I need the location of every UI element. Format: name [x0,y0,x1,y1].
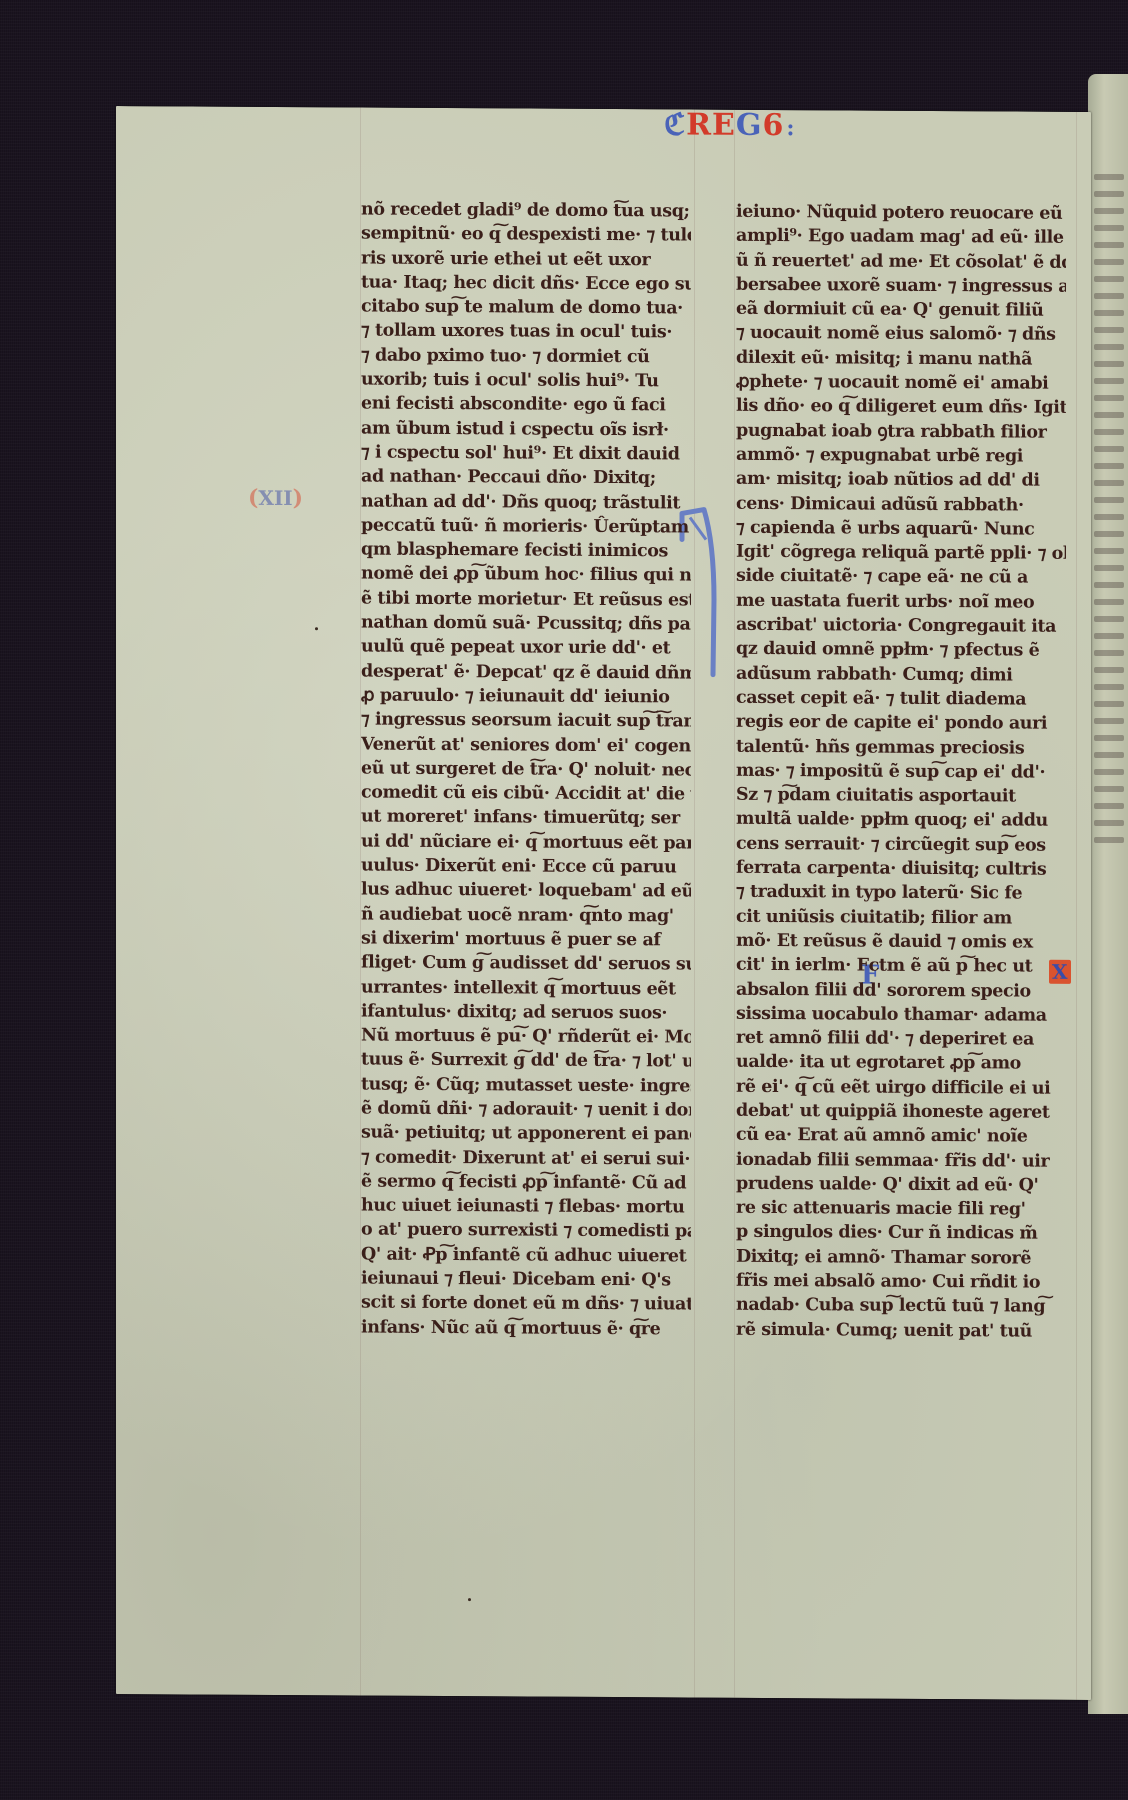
ghost-text-line [1094,735,1124,741]
text-line: lus adhuc uiueret· loquebam' ad eũ· ⁊ [361,878,691,904]
ghost-text-line [1094,582,1124,588]
text-line: ñ audiebat uocẽ nram· q͠nto mag' [361,902,691,928]
text-line: qm blasphemare fecisti inimicos [361,538,691,564]
adjacent-leaf-edge [1088,74,1128,1714]
ghost-text-line [1094,633,1124,639]
text-line: ret amnõ filii dd'· ⁊ deperiret ea [736,1026,1066,1052]
text-line: ⁊ dabo pximo tuo· ⁊ dormiet cũ [361,343,691,369]
text-line: ieiunaui ⁊ fleui· Dicebam eni· Q's [361,1267,691,1293]
text-line: ẽ domũ dñi· ⁊ adorauit· ⁊ uenit i dom [361,1096,691,1122]
ghost-text-line [1094,497,1124,503]
ghost-text-line [1094,769,1124,775]
ghost-text-line [1094,191,1124,197]
text-line: re sic attenuaris macie fili reg' [736,1196,1066,1222]
ghost-text-line [1094,514,1124,520]
ink-speck [468,1598,471,1601]
ghost-text-line [1094,225,1124,231]
text-line: qz dauid omnẽ ppłm· ⁊ pfectus ẽ [736,637,1066,663]
text-line: Sz ⁊ p͠dam ciuitatis asportauit [736,783,1066,809]
chapter-marker-xii: ( XII ) [248,485,303,511]
text-line: bersabee uxorẽ suam· ⁊ ingressus ad [736,273,1066,299]
ghost-text-line [1094,548,1124,554]
text-line: ⁊ i cspectu sol' hui⁹· Et dixit dauid [361,440,691,466]
text-column-left: nõ recedet gladi⁹ de domo t͠ua usq; inse… [361,197,691,1341]
text-line: talentũ· hñs gemmas preciosis [736,734,1066,760]
text-line: am· misitq; ioab nũtios ad dd' di [736,467,1066,493]
text-line: ualde· ita ut egrotaret ꝓp͠ amo [736,1050,1066,1076]
text-line: comedit cũ eis cibũ· Accidit at' die vij… [361,781,691,807]
ghost-text-line [1094,837,1124,843]
text-line: nõ recedet gladi⁹ de domo t͠ua usq; in [361,197,691,223]
ghost-text-line [1094,718,1124,724]
text-line: ⁊ ingressus seorsum iacuit sup͠ t͠ram [361,708,691,734]
text-line: dilexit eũ· misitq; i manu nathã [736,346,1066,372]
ruling-line [1076,112,1077,1700]
text-line: Venerũt at' seniores dom' ei' cogentes [361,732,691,758]
text-line: ui dd' nũciare ei· q͠ mortuus eẽt par [361,829,691,855]
running-header: ℭ RE G 6 : [664,107,796,143]
header-part: ℭ [664,107,686,142]
ghost-text-line [1094,446,1124,452]
text-line: uxorib; tuis i ocul' solis hui⁹· Tu [361,368,691,394]
text-line: uulus· Dixerũt eni· Ecce cũ paruu [361,854,691,880]
ghost-text-line [1094,565,1124,571]
text-line: ẽ tibi morte morietur· Et reũsus est [361,586,691,612]
text-line: ꝓphete· ⁊ uocauit nomẽ ei' amabi [736,370,1066,396]
text-line: uulũ quẽ pepeat uxor urie dd'· et [361,635,691,661]
ghost-text-line [1094,276,1124,282]
text-line: tusq; ẽ· Cũq; mutasset ueste· ingressus [361,1072,691,1098]
text-line: cit uniũsis ciuitatib; filior am [736,904,1066,930]
text-line: ẽ sermo q͠ fecisti ꝓp͠ infantẽ· Cũ ad [361,1169,691,1195]
text-line: ⁊ traduxit in typo laterũ· Sic fe [736,880,1066,906]
text-line: sissima uocabulo thamar· adama [736,1002,1066,1028]
text-line: ꝓ paruulo· ⁊ ieiunauit dd' ieiunio [361,683,691,709]
text-line: cens serrauit· ⁊ circũegit sup͠ eos [736,832,1066,858]
rubric-bracket: ( [248,485,258,511]
ghost-text-line [1094,429,1124,435]
header-part: 6 [763,108,785,143]
text-line: ascribat' uictoria· Congregauit ita [736,613,1066,639]
ghost-text-line [1094,803,1124,809]
text-line: ionadab filii semmaa· fr̃is dd'· uir [736,1147,1066,1173]
ruling-line [734,110,735,1698]
text-line: debat' ut quippiã ihoneste ageret [736,1099,1066,1125]
text-line: ampli⁹· Ego uadam mag' ad eũ· ille [736,224,1066,250]
ghost-text-line [1094,395,1124,401]
ink-speck [315,627,318,630]
text-line: rẽ simula· Cumq; uenit pat' tuũ [736,1317,1066,1343]
text-line: cens· Dimicaui adũsũ rabbath· [736,491,1066,517]
text-column-right: ieiuno· Nũquid potero reuocare eũampli⁹·… [736,200,1066,1344]
ghost-text-line [1094,208,1124,214]
text-line: eũ ut surgeret de t͠ra· Q' noluit· nec [361,756,691,782]
text-line: multã ualde· ppłm quoq; ei' addu [736,807,1066,833]
text-line: ⁊ uocauit nomẽ eius salomõ· ⁊ dñs [736,321,1066,347]
text-line: fliget· Cum g͠ audisset dd' seruos sus [361,951,691,977]
ghost-text-line [1094,293,1124,299]
text-line: tuus ẽ· Surrexit g͠ dd' de t͠ra· ⁊ lot' … [361,1048,691,1074]
text-line: sempitnũ· eo q͠ despexisti me· ⁊ tule [361,222,691,248]
ghost-text-line [1094,327,1124,333]
header-part: G [736,108,763,143]
ghost-text-line [1094,786,1124,792]
text-line: nomẽ dei ꝓp͠ ũbum hoc· filius qui nat' [361,562,691,588]
rubric-bracket: ) [293,485,303,511]
text-line: ris uxorẽ urie ethei ut eẽt uxor [361,246,691,272]
text-line: ammõ· ⁊ expugnabat urbẽ regi [736,443,1066,469]
ruling-line [694,110,695,1698]
text-line: mõ· Et reũsus ẽ dauid ⁊ omis ex [736,929,1066,955]
text-line: infans· Nũc aũ q͠ mortuus ẽ· q͠re [361,1315,691,1341]
text-line: nadab· Cuba sup͠ lectũ tuũ ⁊ lang͠ [736,1293,1066,1319]
ghost-text-line [1094,463,1124,469]
text-line: eã dormiuit cũ ea· Q' genuit filiũ [736,297,1066,323]
header-part: RE [686,107,736,142]
ghost-text-line [1094,650,1124,656]
ghost-text-line [1094,310,1124,316]
ghost-text-line [1094,701,1124,707]
text-line: ⁊ tollam uxores tuas in ocul' tuis· [361,319,691,345]
ghost-text-line [1094,174,1124,180]
text-line: ferrata carpenta· diuisitq; cultris [736,856,1066,882]
ghost-text-line [1094,361,1124,367]
text-line: pugnabat ioab ꝯtra rabbath filior [736,418,1066,444]
text-line: Nũ mortuus ẽ pu͠· Q' rñderũt ei· Mor [361,1024,691,1050]
ghost-text-line [1094,752,1124,758]
text-line: urrantes· intellexit q͠ mortuus eẽt [361,975,691,1001]
text-line: nathan ad dd'· Dñs quoq; trãstulit [361,489,691,515]
text-line: eni fecisti abscondite· ego ũ faci [361,392,691,418]
header-colon: : [786,115,795,141]
chapter-number: XII [258,486,292,510]
text-line: side ciuitatẽ· ⁊ cape eã· ne cũ a [736,564,1066,590]
ghost-text-line [1094,412,1124,418]
text-line: suã· petiuitq; ut apponerent ei panẽ [361,1121,691,1147]
text-line: cũ ea· Erat aũ amnõ amic' noĩe [736,1123,1066,1149]
ghost-text-line [1094,599,1124,605]
text-line: nathan domũ suã· Pcussitq; dñs par [361,611,691,637]
text-line: Dixitq; ei amnõ· Thamar sororẽ [736,1245,1066,1271]
text-line: huc uiuet ieiunasti ⁊ flebas· mortu [361,1194,691,1220]
text-line: ⁊ capienda ẽ urbs aquarũ· Nunc [736,516,1066,542]
ghost-text-line [1094,684,1124,690]
text-line: ad nathan· Peccaui dño· Dixitq; [361,465,691,491]
text-line: fr̃is mei absalõ amo· Cui rñdit io [736,1269,1066,1295]
ghost-text-line [1094,378,1124,384]
text-line: ieiuno· Nũquid potero reuocare eũ [736,200,1066,226]
text-line: regis eor de capite ei' pondo auri [736,710,1066,736]
text-line: si dixerim' mortuus ẽ puer se af [361,926,691,952]
text-line: ifantulus· dixitq; ad seruos suos· [361,999,691,1025]
text-line: p singulos dies· Cur ñ indicas m̃ [736,1220,1066,1246]
text-line: adũsum rabbath· Cumq; dimi [736,661,1066,687]
text-line: ũ ñ reuertet' ad me· Et cõsolat' ẽ dd' [736,248,1066,274]
ghost-text-line [1094,259,1124,265]
text-line: me uastata fuerit urbs· noĩ meo [736,589,1066,615]
text-line: scit si forte donet eũ m dñs· ⁊ uiuat [361,1291,691,1317]
ghost-text-line [1094,820,1124,826]
ghost-text-line [1094,531,1124,537]
text-line: cit' in ierlm· Fctm ẽ aũ p͠ hec ut [736,953,1066,979]
text-line: Igit' cõgrega reliquã partẽ ppli· ⁊ ob [736,540,1066,566]
text-line: citabo sup͠ te malum de domo tua· [361,295,691,321]
text-line: absalon filii dd' sororem specio [736,977,1066,1003]
ghost-text-line [1094,480,1124,486]
ghost-text-line [1094,616,1124,622]
text-line: am ũbum istud i cspectu oĩs isrł· [361,416,691,442]
manuscript-leaf: ℭ RE G 6 : ( XII ) F X nõ recedet gladi⁹… [116,106,1091,1700]
ghost-text-line [1094,344,1124,350]
text-line: prudens ualde· Q' dixit ad eũ· Q' [736,1172,1066,1198]
ghost-text-line [1094,242,1124,248]
text-line: desperat' ẽ· Depcat' qz ẽ dauid dñm [361,659,691,685]
text-line: tua· Itaq; hec dicit dñs· Ecce ego sus [361,270,691,296]
text-line: casset cepit eã· ⁊ tulit diadema [736,686,1066,712]
text-line: lis dño· eo q͠ diligeret eum dñs· Igit' [736,394,1066,420]
text-line: ⁊ comedit· Dixerunt at' ei serui sui· Q'… [361,1145,691,1171]
text-line: rẽ ei'· q͠ cũ eẽt uirgo difficile ei ui [736,1074,1066,1100]
text-line: o at' puero surrexisti ⁊ comedisti panẽ· [361,1218,691,1244]
text-line: Q' ait· Ꝓp͠ infantẽ cũ adhuc uiueret [361,1242,691,1268]
ghost-text-line [1094,667,1124,673]
text-line: ut moreret' infans· timuerũtq; ser [361,805,691,831]
text-line: mas· ⁊ impositũ ẽ sup͠ cap ei' dd'· [736,759,1066,785]
text-line: peccatũ tuũ· ñ morieris· Ûerũptam [361,513,691,539]
